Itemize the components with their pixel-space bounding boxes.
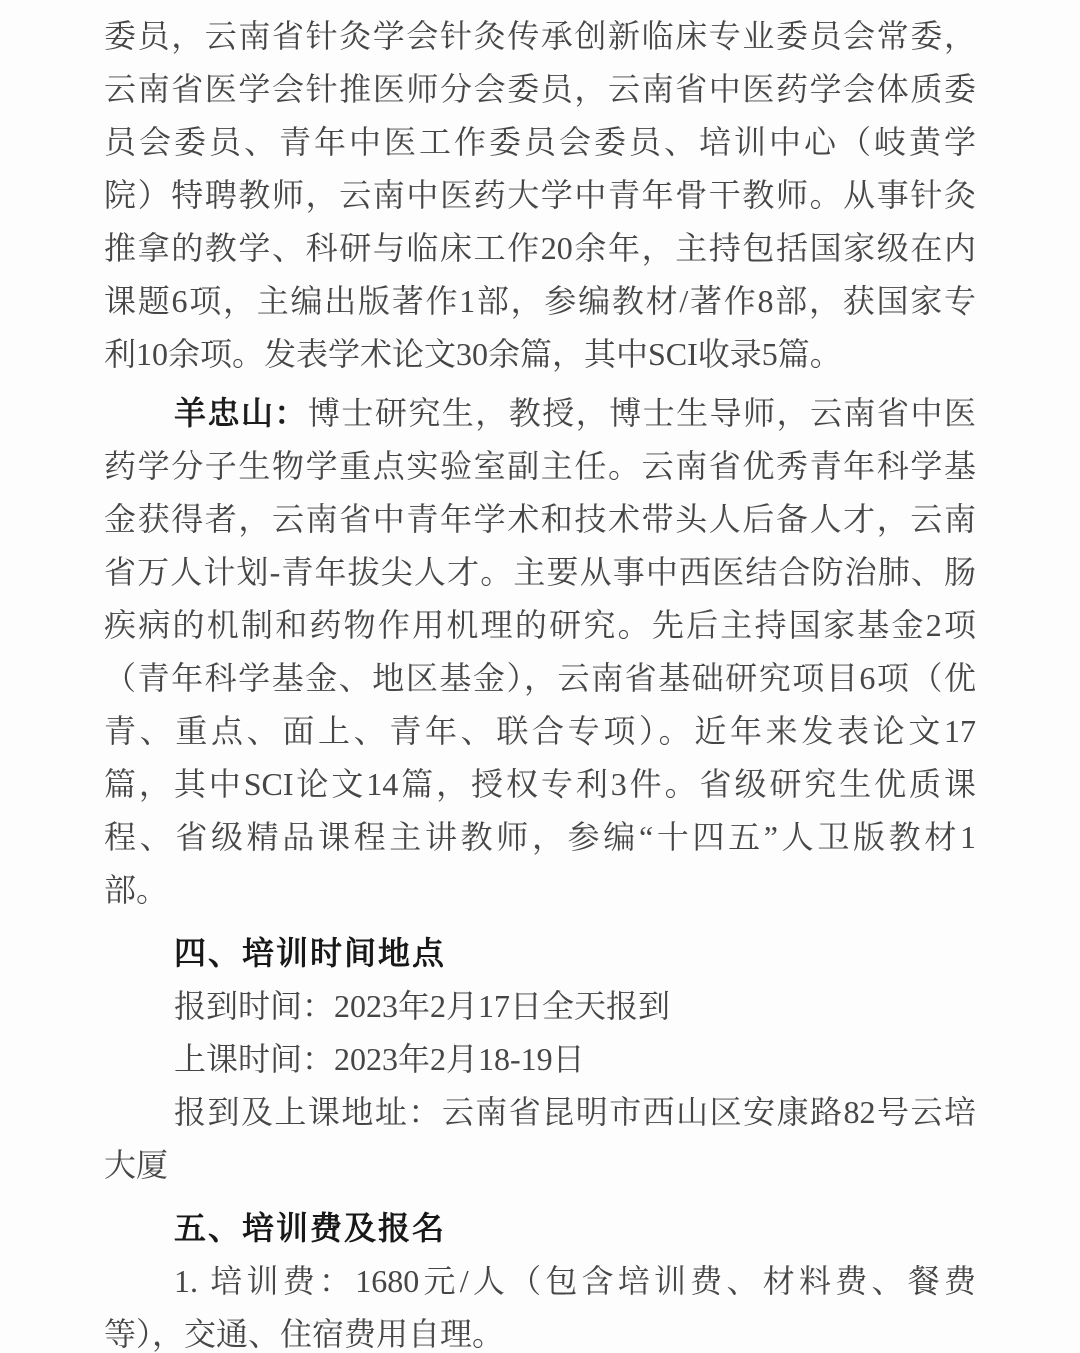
bio2-first-line: 羊忠山：博士研究生，教授，博士生导师，云南省中医	[104, 387, 976, 440]
section-heading-time: 四、培训时间地点	[104, 927, 976, 980]
document-page: 委员，云南省针灸学会针灸传承创新临床专业委员会常委， 云南省医学会针推医师分会委…	[0, 0, 1080, 1353]
bio2-line: 省万人计划-青年拔尖人才。主要从事中西医结合防治肺、肠	[104, 546, 976, 599]
fee-line: 等），交通、住宿费用自理。	[104, 1308, 976, 1353]
bio2-line: （青年科学基金、地区基金），云南省基础研究项目6项（优	[104, 652, 976, 705]
bio1-line: 员会委员、青年中医工作委员会委员、培训中心（岐黄学	[104, 116, 976, 169]
bio2-line: 篇，其中SCI论文14篇，授权专利3件。省级研究生优质课	[104, 758, 976, 811]
bio1-line: 委员，云南省针灸学会针灸传承创新临床专业委员会常委，	[104, 10, 976, 63]
bio1-line: 课题6项，主编出版著作1部，参编教材/著作8部，获国家专	[104, 275, 976, 328]
address-line: 报到及上课地址：云南省昆明市西山区安康路82号云培	[104, 1086, 976, 1139]
report-time-line: 报到时间：2023年2月17日全天报到	[104, 980, 976, 1033]
fee-line: 1. 培训费：1680元/人（包含培训费、材料费、餐费	[104, 1255, 976, 1308]
section-heading-fee: 五、培训费及报名	[104, 1202, 976, 1255]
bio2-line: 疾病的机制和药物作用机理的研究。先后主持国家基金2项	[104, 599, 976, 652]
bio1-line: 云南省医学会针推医师分会委员，云南省中医药学会体质委	[104, 63, 976, 116]
lecturer-name: 羊忠山：	[174, 395, 308, 431]
bio2-line: 青、重点、面上、青年、联合专项）。近年来发表论文17	[104, 705, 976, 758]
bio1-line: 利10余项。发表学术论文30余篇，其中SCI收录5篇。	[104, 328, 976, 381]
bio2-first-line-text: 博士研究生，教授，博士生导师，云南省中医	[308, 395, 976, 431]
bio2-line: 程、省级精品课程主讲教师，参编“十四五”人卫版教材1	[104, 811, 976, 864]
bio2-line: 药学分子生物学重点实验室副主任。云南省优秀青年科学基	[104, 440, 976, 493]
bio1-line: 推拿的教学、科研与临床工作20余年，主持包括国家级在内	[104, 222, 976, 275]
bio2-line: 部。	[104, 864, 976, 917]
bio2-line: 金获得者，云南省中青年学术和技术带头人后备人才，云南	[104, 493, 976, 546]
class-time-line: 上课时间：2023年2月18-19日	[104, 1033, 976, 1086]
bio1-line: 院）特聘教师，云南中医药大学中青年骨干教师。从事针灸	[104, 169, 976, 222]
address-line: 大厦	[104, 1139, 976, 1192]
